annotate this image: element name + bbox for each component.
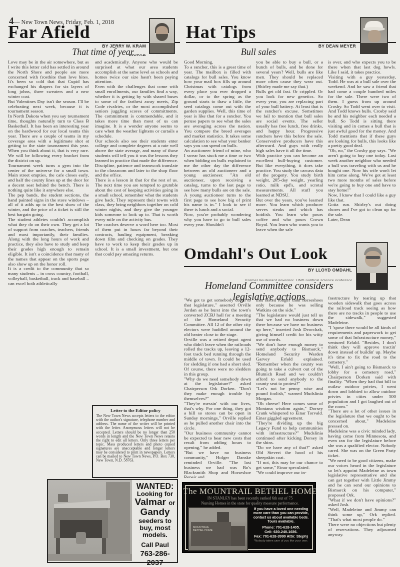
mountrail-offer: If you have a loved one needing more car…: [249, 507, 313, 524]
mountrail-ad-title: The MOUNTRAIL BETHEL HOME: [183, 486, 317, 496]
bethel-home-building-photo: MOUNTRAIL BETHEL HOME: [188, 507, 248, 551]
newspaper-page: { "page": { "folio_number": "4", "folio_…: [0, 0, 400, 567]
face-shape: [368, 30, 381, 42]
hat-tips-column-2: you be able to buy a bull, or a bunch of…: [256, 60, 323, 243]
omdahl-column-3: frastructure by tearing up that wooden s…: [328, 296, 396, 553]
ground-shape: [48, 554, 132, 561]
shirt-shape: [370, 273, 376, 283]
building-wing-shape: [231, 526, 245, 548]
omdahl-headline: Omdahl's Out Look: [184, 246, 328, 264]
mountrail-subtitle2: Nursing Homes in the state for quality m…: [201, 501, 299, 506]
building-ground-shape: [189, 546, 247, 550]
mountrail-fax: Fax: 701-628-3990 Attn: Steph): [249, 534, 313, 539]
photo-detail-shape: [58, 494, 68, 502]
seeder-equipment-photo: [48, 480, 132, 561]
far-afield-headline: Far Afield: [8, 22, 90, 43]
shoulders-shape: [361, 43, 387, 54]
wanted-phone: 763-286-2037: [133, 549, 177, 567]
glasses-shape: [366, 256, 380, 259]
hat-tips-article-title: Bull sales: [186, 47, 331, 57]
letter-policy-box: Letter to the Editor policy The New Town…: [92, 405, 178, 478]
face-shape: [365, 251, 381, 267]
mountrail-fine-print: *Nobody takes care of you like your own.: [249, 540, 313, 543]
hat-tips-column-1: Good Morning, To a rancher, this is a gr…: [184, 60, 251, 243]
letter-policy-body: The New Town News accepts letters to the…: [96, 414, 175, 463]
mountrail-bethel-ad: The MOUNTRAIL BETHEL HOME IN STANLEY has…: [182, 482, 316, 553]
omdahl-byline-block: BY LLOYD OMDAHL Former lieutenant govern…: [200, 268, 352, 281]
mountrail-ad-subtitles: IN STANLEY has been recently ranked 6th …: [187, 496, 313, 506]
omdahl-column-1: "We got to get somebody down to that leg…: [184, 298, 251, 478]
wanted-conj: or: [169, 500, 176, 507]
wanted-ad: WANTED: Looking for Valmar or Gandy seed…: [47, 479, 178, 563]
wanted-ad-text: WANTED: Looking for Valmar or Gandy seed…: [133, 482, 177, 567]
wanted-brand2: Gandy: [133, 508, 177, 518]
far-afield-article-title: That time of year: [28, 47, 178, 57]
wanted-line2: seeders to buy, most models.: [133, 518, 177, 540]
wanted-heading: WANTED:: [133, 482, 177, 491]
mountrail-ad-copy: If you have a loved one needing more car…: [249, 507, 313, 551]
building-sign-text: MOUNTRAIL BETHEL HOME: [193, 526, 217, 532]
wanted-contact: Call Paul: [133, 542, 177, 549]
lloyd-omdahl-photo: [356, 242, 388, 290]
far-afield-column-2: and academically. Anyone who would be su…: [95, 60, 178, 404]
far-afield-column-1: Love may be in the air somewhere, but as…: [8, 60, 89, 478]
hat-tips-headline: Hat Tips: [186, 22, 256, 43]
hat-tips-column-3: is over, and who expects you to be there…: [328, 60, 396, 243]
seeder-hub-shape: [76, 532, 86, 544]
letter-policy-title: Letter to the Editor policy: [96, 408, 175, 413]
omdahl-column-2: that lasted longer than horseshoes only …: [256, 298, 323, 478]
omdahl-byline: BY LLOYD OMDAHL: [308, 268, 352, 273]
photo-background-shape: [106, 482, 130, 560]
dean-meyer-photo: [360, 17, 388, 54]
